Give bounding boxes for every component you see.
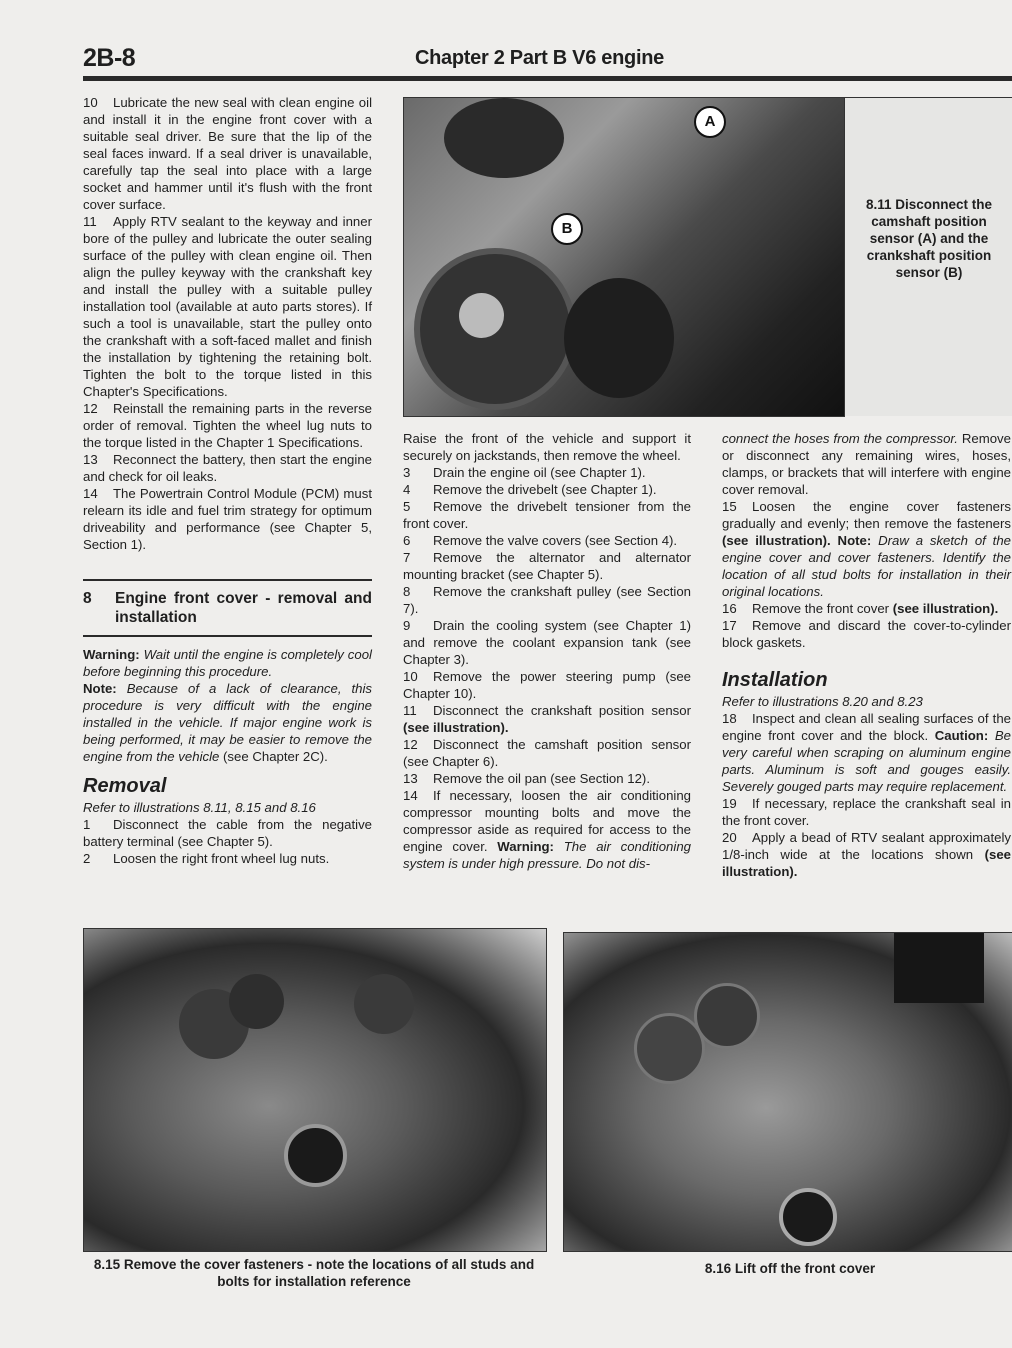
- step-14-removal: 14If necessary, loosen the air condition…: [403, 787, 691, 872]
- step-16: 16Remove the front cover (see illustrati…: [722, 600, 1011, 617]
- column-1: 10Lubricate the new seal with clean engi…: [83, 94, 372, 867]
- page-number: 2B-8: [83, 44, 135, 73]
- step-15: 15Loosen the engine cover fasteners grad…: [722, 498, 1011, 600]
- step-2-continued: Raise the front of the vehicle and suppo…: [403, 430, 691, 464]
- removal-step-1: 1Disconnect the cable from the negative …: [83, 816, 372, 850]
- tensioner-shape: [564, 278, 674, 398]
- pulley-hub-shape: [459, 293, 504, 338]
- figure-8-15-caption: 8.15 Remove the cover fasteners - note t…: [83, 1256, 545, 1290]
- step-9: 9Drain the cooling system (see Chapter 1…: [403, 617, 691, 668]
- section-title: Engine front cover - removal and install…: [115, 589, 372, 627]
- cam-gear-shape: [694, 983, 760, 1049]
- callout-b: B: [551, 213, 583, 245]
- crank-bore-shape: [779, 1188, 837, 1246]
- step-8: 8Remove the crankshaft pulley (see Secti…: [403, 583, 691, 617]
- section-number: 8: [83, 589, 115, 627]
- step-11: 11Apply RTV sealant to the keyway and in…: [83, 213, 372, 400]
- cam-gear-shape: [229, 974, 284, 1029]
- step-17: 17Remove and discard the cover-to-cylind…: [722, 617, 1011, 651]
- step-7: 7Remove the alternator and alternator mo…: [403, 549, 691, 583]
- removal-step-2: 2Loosen the right front wheel lug nuts.: [83, 850, 372, 867]
- step-20: 20Apply a bead of RTV sealant approximat…: [722, 829, 1011, 880]
- callout-a: A: [694, 106, 726, 138]
- step-6: 6Remove the valve covers (see Section 4)…: [403, 532, 691, 549]
- step-12-removal: 12Disconnect the camshaft position senso…: [403, 736, 691, 770]
- step-13: 13Reconnect the battery, then start the …: [83, 451, 372, 485]
- figure-8-11-photo: A B: [403, 97, 845, 417]
- step-13-removal: 13Remove the oil pan (see Section 12).: [403, 770, 691, 787]
- figure-8-16-photo: [563, 932, 1012, 1252]
- removal-refer: Refer to illustrations 8.11, 8.15 and 8.…: [83, 799, 372, 816]
- cam-gear-shape: [354, 974, 414, 1034]
- step-4: 4Remove the drivebelt (see Chapter 1).: [403, 481, 691, 498]
- step-3: 3Drain the engine oil (see Chapter 1).: [403, 464, 691, 481]
- step-19: 19If necessary, replace the crankshaft s…: [722, 795, 1011, 829]
- see-illustration-link: (see illustration).: [403, 720, 509, 735]
- installation-heading: Installation: [722, 669, 1011, 691]
- step-14: 14The Powertrain Control Module (PCM) mu…: [83, 485, 372, 553]
- step-11-removal: 11Disconnect the crankshaft position sen…: [403, 702, 691, 736]
- step-12: 12Reinstall the remaining parts in the r…: [83, 400, 372, 451]
- step-18: 18Inspect and clean all sealing surfaces…: [722, 710, 1011, 795]
- step-10: 10Lubricate the new seal with clean engi…: [83, 94, 372, 213]
- figure-8-16-caption: 8.16 Lift off the front cover: [650, 1260, 930, 1277]
- upper-pulley-shape: [444, 98, 564, 178]
- header-rule: [83, 76, 1012, 81]
- step-5: 5Remove the drivebelt tensioner from the…: [403, 498, 691, 532]
- step-14-continued: connect the hoses from the compressor. R…: [722, 430, 1011, 498]
- step-10-removal: 10Remove the power steering pump (see Ch…: [403, 668, 691, 702]
- section-heading: 8 Engine front cover - removal and insta…: [83, 581, 372, 635]
- installation-refer: Refer to illustrations 8.20 and 8.23: [722, 693, 1011, 710]
- column-2: Raise the front of the vehicle and suppo…: [403, 430, 691, 872]
- removal-heading: Removal: [83, 775, 372, 797]
- column-3: connect the hoses from the compressor. R…: [722, 430, 1011, 880]
- figure-8-11-caption: 8.11 Disconnect the camshaft position se…: [848, 196, 1010, 281]
- running-title: Chapter 2 Part B V6 engine: [415, 47, 664, 70]
- hand-arm-shape: [894, 933, 984, 1003]
- crank-hub-shape: [284, 1124, 347, 1187]
- figure-8-15-photo: [83, 928, 547, 1252]
- note-paragraph: Note: Because of a lack of clearance, th…: [83, 680, 372, 765]
- warning-paragraph: Warning: Wait until the engine is comple…: [83, 646, 372, 680]
